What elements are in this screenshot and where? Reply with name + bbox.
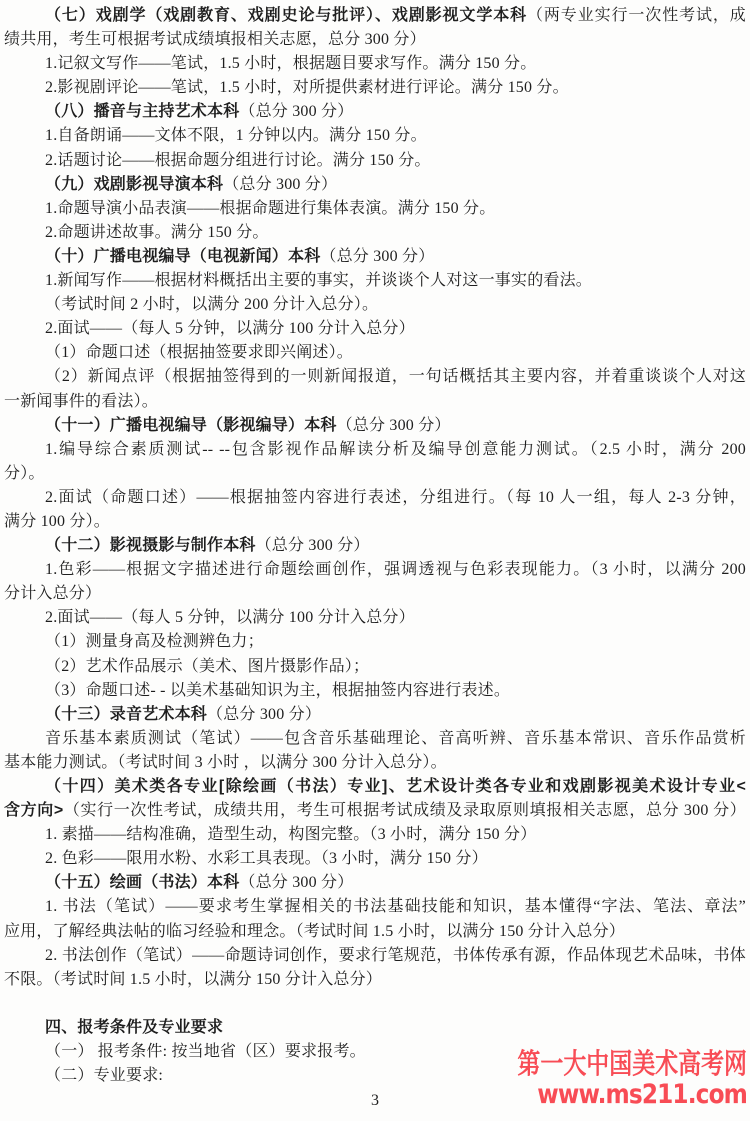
heading-text: （十一）广播电视编导（影视编导）本科: [45, 417, 337, 434]
body-text: 绩共用，考生可根据考试成绩填报相关志愿，总分 300 分）: [4, 31, 426, 48]
body-text: 2.面试（命题口述）——根据抽签内容进行表述，分组进行。（每 10 人一组，每人…: [45, 489, 746, 506]
body-text: 1. 书法（笔试）——要求考生掌握相关的书法基础技能和知识，基本懂得“字法、笔法…: [45, 898, 746, 915]
body-text: （1）命题口述（根据抽签要求即兴阐述）。: [45, 344, 353, 361]
text-line: 不限。（考试时间 1.5 小时，以满分 150 分计入总分）: [4, 968, 746, 992]
body-text: 1.编导综合素质测试-- --包含影视作品解读分析及编导创意能力测试。（2.5 …: [45, 441, 746, 458]
heading-text: （十二）影视摄影与制作本科: [45, 537, 256, 554]
heading-line: （七）戏剧学（戏剧教育、戏剧史论与批评）、戏剧影视文学本科（两专业实行一次性考试…: [4, 4, 746, 28]
body-text: 1. 素描——结构准确，造型生动，构图完整。（3 小时，满分 150 分）: [45, 826, 536, 843]
body-text: 2.面试——（每人 5 分钟，以满分 100 分计入总分）: [45, 320, 415, 337]
body-text: 应用，了解经典法帖的临习经验和理念。（考试时间 1.5 小时，以满分 150 分…: [4, 923, 625, 940]
text-line: （1）命题口述（根据抽签要求即兴阐述）。: [4, 341, 746, 365]
body-text: （一） 报考条件: 按当地省（区）要求报考。: [45, 1043, 366, 1060]
text-line: 满分 100 分）。: [4, 510, 746, 534]
heading-text: （十五）绘画（书法）本科: [45, 874, 239, 891]
body-text: （总分 300 分）: [239, 874, 353, 891]
text-line: 2.面试——（每人 5 分钟，以满分 100 分计入总分）: [4, 606, 746, 630]
document-lines: （七）戏剧学（戏剧教育、戏剧史论与批评）、戏剧影视文学本科（两专业实行一次性考试…: [4, 4, 746, 1088]
text-line: （考试时间 2 小时，以满分 200 分计入总分）。: [4, 293, 746, 317]
body-text: 分计入总分）: [4, 585, 101, 602]
heading-line: （十二）影视摄影与制作本科（总分 300 分）: [4, 534, 746, 558]
text-line: 2.命题讲述故事。满分 150 分。: [4, 221, 746, 245]
body-text: 分）。: [4, 465, 45, 482]
heading-text: （八）播音与主持艺术本科: [45, 103, 239, 120]
text-line: 一新闻事件的看法）。: [4, 390, 746, 414]
text-line: 1.编导综合素质测试-- --包含影视作品解读分析及编导创意能力测试。（2.5 …: [4, 438, 746, 462]
body-text: 一新闻事件的看法）。: [4, 393, 158, 410]
body-text: （2）新闻点评（根据抽签得到的一则新闻报道，一句话概括其主要内容，并着重谈谈个人…: [45, 368, 746, 385]
text-line: 音乐基本素质测试（笔试）——包含音乐基础理论、音高听辨、音乐基本常识、音乐作品赏…: [4, 727, 746, 751]
body-text: （两专业实行一次性考试，成: [527, 7, 746, 24]
heading-line: （八）播音与主持艺术本科（总分 300 分）: [4, 100, 746, 124]
heading-line: 四、报考条件及专业要求: [4, 1016, 746, 1040]
heading-text: （十）广播电视编导（电视新闻）本科: [45, 248, 320, 265]
body-text: （考试时间 2 小时，以满分 200 分计入总分）。: [45, 296, 378, 313]
text-line: 2. 书法创作（笔试）——命题诗词创作，要求行笔规范，书体传承有源，作品体现艺术…: [4, 944, 746, 968]
text-line: （2）艺术作品展示（美术、图片摄影作品）；: [4, 655, 746, 679]
text-line: 分计入总分）: [4, 582, 746, 606]
body-text: 2. 书法创作（笔试）——命题诗词创作，要求行笔规范，书体传承有源，作品体现艺术…: [45, 947, 746, 964]
watermark-site-name: 第一大中国美术高考网: [517, 1047, 747, 1080]
text-line: 2.面试（命题口述）——根据抽签内容进行表述，分组进行。（每 10 人一组，每人…: [4, 486, 746, 510]
heading-text: （九）戏剧影视导演本科: [45, 176, 223, 193]
heading-text: 含方向>: [4, 802, 63, 819]
heading-text: 四、报考条件及专业要求: [45, 1019, 223, 1036]
body-text: 2.面试——（每人 5 分钟，以满分 100 分计入总分）: [45, 609, 415, 626]
body-text: 1.新闻写作——根据材料概括出主要的事实，并谈谈个人对这一事实的看法。: [45, 272, 592, 289]
heading-line: 含方向>（实行一次性考试，成绩共用，考生可根据考试成绩及录取原则填报相关志愿，总…: [4, 799, 746, 823]
text-line: （1）测量身高及检测辨色力；: [4, 630, 746, 654]
body-text: 2.影视剧评论——笔试，1.5 小时，对所提供素材进行评论。满分 150 分。: [45, 79, 569, 96]
body-text: （3）命题口述- - 以美术基础知识为主，根据抽签内容进行表述。: [45, 682, 510, 699]
text-line: （3）命题口述- - 以美术基础知识为主，根据抽签内容进行表述。: [4, 679, 746, 703]
text-line: （2）新闻点评（根据抽签得到的一则新闻报道，一句话概括其主要内容，并着重谈谈个人…: [4, 365, 746, 389]
body-text: （总分 300 分）: [320, 248, 434, 265]
heading-line: （九）戏剧影视导演本科（总分 300 分）: [4, 173, 746, 197]
body-text: 1.记叙文写作——笔试，1.5 小时，根据题目要求写作。满分 150 分。: [45, 55, 536, 72]
body-text: （总分 300 分）: [239, 103, 353, 120]
text-line: 1. 书法（笔试）——要求考生掌握相关的书法基础技能和知识，基本懂得“字法、笔法…: [4, 895, 746, 919]
heading-text: （十三）录音艺术本科: [45, 706, 207, 723]
text-line: 基本能力测试。（考试时间 3 小时 ，以满分 300 分计入总分）。: [4, 751, 746, 775]
body-text: （总分 300 分）: [337, 417, 451, 434]
text-line: 1.命题导演小品表演——根据命题进行集体表演。满分 150 分。: [4, 197, 746, 221]
text-line: 1.色彩——根据文字描述进行命题绘画创作，强调透视与色彩表现能力。（3 小时，以…: [4, 558, 746, 582]
body-text: 音乐基本素质测试（笔试）——包含音乐基础理论、音高听辨、音乐基本常识、音乐作品赏…: [45, 730, 746, 747]
text-line: 1.新闻写作——根据材料概括出主要的事实，并谈谈个人对这一事实的看法。: [4, 269, 746, 293]
heading-text: （七）戏剧学（戏剧教育、戏剧史论与批评）、戏剧影视文学本科: [45, 7, 527, 24]
heading-line: （十一）广播电视编导（影视编导）本科（总分 300 分）: [4, 414, 746, 438]
text-line: 1.记叙文写作——笔试，1.5 小时，根据题目要求写作。满分 150 分。: [4, 52, 746, 76]
body-text: （总分 300 分）: [256, 537, 370, 554]
heading-line: （十）广播电视编导（电视新闻）本科（总分 300 分）: [4, 245, 746, 269]
watermark-site-url: www.ms211.com: [506, 1080, 747, 1109]
body-text: （总分 300 分）: [207, 706, 321, 723]
text-line: 1. 素描——结构准确，造型生动，构图完整。（3 小时，满分 150 分）: [4, 823, 746, 847]
heading-text: （十四）美术类各专业[除绘画（书法）专业]、艺术设计类各专业和戏剧影视美术设计专…: [45, 778, 746, 795]
body-text: （1）测量身高及检测辨色力；: [45, 633, 264, 650]
text-line: 2.影视剧评论——笔试，1.5 小时，对所提供素材进行评论。满分 150 分。: [4, 76, 746, 100]
body-text: （实行一次性考试，成绩共用，考生可根据考试成绩及录取原则填报相关志愿，总分 30…: [63, 802, 746, 819]
body-text: 不限。（考试时间 1.5 小时，以满分 150 分计入总分）: [4, 971, 382, 988]
body-text: 基本能力测试。（考试时间 3 小时 ，以满分 300 分计入总分）。: [4, 754, 447, 771]
body-text: 1.命题导演小品表演——根据命题进行集体表演。满分 150 分。: [45, 200, 495, 217]
text-line: 应用，了解经典法帖的临习经验和理念。（考试时间 1.5 小时，以满分 150 分…: [4, 920, 746, 944]
text-line: 绩共用，考生可根据考试成绩填报相关志愿，总分 300 分）: [4, 28, 746, 52]
text-line: 1.自备朗诵——文体不限，1 分钟以内。满分 150 分。: [4, 124, 746, 148]
body-text: （2）艺术作品展示（美术、图片摄影作品）；: [45, 658, 369, 675]
watermark: 第一大中国美术高考网 www.ms211.com: [467, 1047, 747, 1109]
text-line: 2.面试——（每人 5 分钟，以满分 100 分计入总分）: [4, 317, 746, 341]
body-text: （总分 300 分）: [223, 176, 337, 193]
body-text: 2.命题讲述故事。满分 150 分。: [45, 224, 269, 241]
body-text: 满分 100 分）。: [4, 513, 110, 530]
body-text: 2. 色彩——限用水粉、水彩工具表现。（3 小时，满分 150 分）: [45, 850, 488, 867]
body-text: 1.自备朗诵——文体不限，1 分钟以内。满分 150 分。: [45, 127, 427, 144]
heading-line: （十三）录音艺术本科（总分 300 分）: [4, 703, 746, 727]
heading-line: （十四）美术类各专业[除绘画（书法）专业]、艺术设计类各专业和戏剧影视美术设计专…: [4, 775, 746, 799]
body-text: （二）专业要求:: [45, 1067, 163, 1084]
text-line: 2. 色彩——限用水粉、水彩工具表现。（3 小时，满分 150 分）: [4, 847, 746, 871]
body-text: 1.色彩——根据文字描述进行命题绘画创作，强调透视与色彩表现能力。（3 小时，以…: [45, 561, 746, 578]
text-line: 2.话题讨论——根据命题分组进行讨论。满分 150 分。: [4, 149, 746, 173]
text-line: 分）。: [4, 462, 746, 486]
heading-line: （十五）绘画（书法）本科（总分 300 分）: [4, 871, 746, 895]
body-text: 2.话题讨论——根据命题分组进行讨论。满分 150 分。: [45, 152, 431, 169]
